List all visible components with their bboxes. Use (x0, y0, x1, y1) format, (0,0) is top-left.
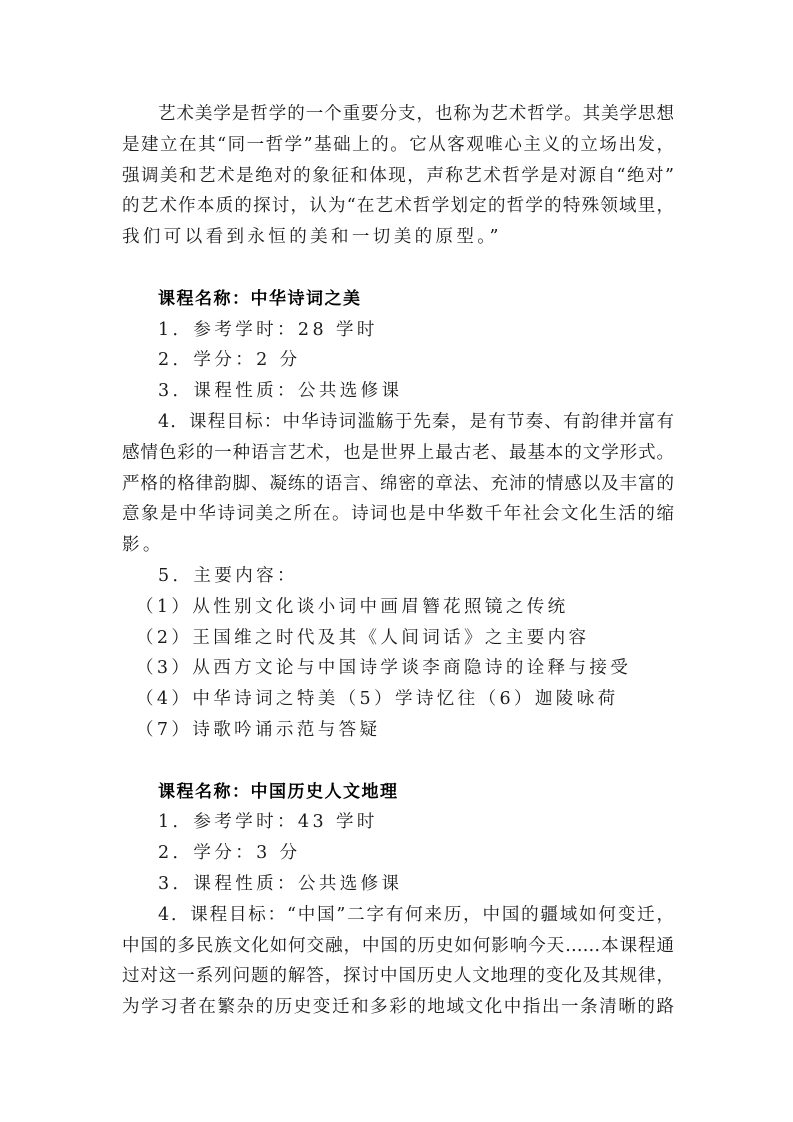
course-hours: 1．参考学时：28 学时 (122, 315, 674, 346)
course-section: 课程名称：中华诗词之美 1．参考学时：28 学时 2．学分：2 分 3．课程性质… (122, 284, 674, 746)
course-section: 课程名称：中国历史人文地理 1．参考学时：43 学时 2．学分：3 分 3．课程… (122, 777, 674, 1023)
course-content-item: （4）中华诗词之特美（5）学诗忆往（6）迦陵咏荷 (122, 684, 674, 715)
course-goal-line: 4．课程目标：“中国”二字有何来历，中国的疆域如何变迁， (122, 900, 674, 931)
course-goal-line: 4．课程目标：中华诗词滥觞于先秦，是有节奏、有韵律并富有 (122, 407, 674, 438)
document-page: 艺术美学是哲学的一个重要分支，也称为艺术哲学。其美学思想 是建立在其“同一哲学”… (122, 99, 674, 1023)
course-content-heading: 5．主要内容： (122, 561, 674, 592)
course-nature: 3．课程性质：公共选修课 (122, 376, 674, 407)
course-credits: 2．学分：3 分 (122, 838, 674, 869)
course-credits: 2．学分：2 分 (122, 345, 674, 376)
course-goal: 4．课程目标：“中国”二字有何来历，中国的疆域如何变迁， 中国的多民族文化如何交… (122, 900, 674, 1023)
course-content-item: （1）从性别文化谈小词中画眉簪花照镜之传统 (122, 592, 674, 623)
spacer (122, 253, 674, 284)
course-goal-line: 为学习者在繁杂的历史变迁和多彩的地域文化中指出一条清晰的路 (122, 992, 674, 1023)
course-goal-line: 中国的多民族文化如何交融，中国的历史如何影响今天……本课程通 (122, 931, 674, 962)
course-content-item: （2）王国维之时代及其《人间词话》之主要内容 (122, 623, 674, 654)
course-title: 课程名称：中国历史人文地理 (122, 777, 674, 808)
intro-line: 我们可以看到永恒的美和一切美的原型。” (122, 222, 674, 253)
course-hours: 1．参考学时：43 学时 (122, 807, 674, 838)
course-content-list: （1）从性别文化谈小词中画眉簪花照镜之传统 （2）王国维之时代及其《人间词话》之… (122, 592, 674, 746)
course-goal: 4．课程目标：中华诗词滥觞于先秦，是有节奏、有韵律并富有 感情色彩的一种语言艺术… (122, 407, 674, 561)
course-goal-line: 感情色彩的一种语言艺术，也是世界上最古老、最基本的文学形式。 (122, 438, 674, 469)
spacer (122, 746, 674, 777)
course-nature: 3．课程性质：公共选修课 (122, 869, 674, 900)
course-goal-line: 过对这一系列问题的解答，探讨中国历史人文地理的变化及其规律， (122, 961, 674, 992)
intro-line: 是建立在其“同一哲学”基础上的。它从客观唯心主义的立场出发， (122, 130, 674, 161)
course-goal-line: 严格的格律韵脚、凝练的语言、绵密的章法、充沛的情感以及丰富的 (122, 469, 674, 500)
intro-line: 强调美和艺术是绝对的象征和体现，声称艺术哲学是对源自“绝对” (122, 161, 674, 192)
course-goal-line: 意象是中华诗词美之所在。诗词也是中华数千年社会文化生活的缩 (122, 499, 674, 530)
intro-line: 艺术美学是哲学的一个重要分支，也称为艺术哲学。其美学思想 (122, 99, 674, 130)
course-title: 课程名称：中华诗词之美 (122, 284, 674, 315)
course-goal-line: 影。 (122, 530, 674, 561)
intro-line: 的艺术作本质的探讨，认为“在艺术哲学划定的哲学的特殊领域里， (122, 191, 674, 222)
course-content-item: （7）诗歌吟诵示范与答疑 (122, 715, 674, 746)
course-content-item: （3）从西方文论与中国诗学谈李商隐诗的诠释与接受 (122, 653, 674, 684)
intro-paragraph: 艺术美学是哲学的一个重要分支，也称为艺术哲学。其美学思想 是建立在其“同一哲学”… (122, 99, 674, 253)
